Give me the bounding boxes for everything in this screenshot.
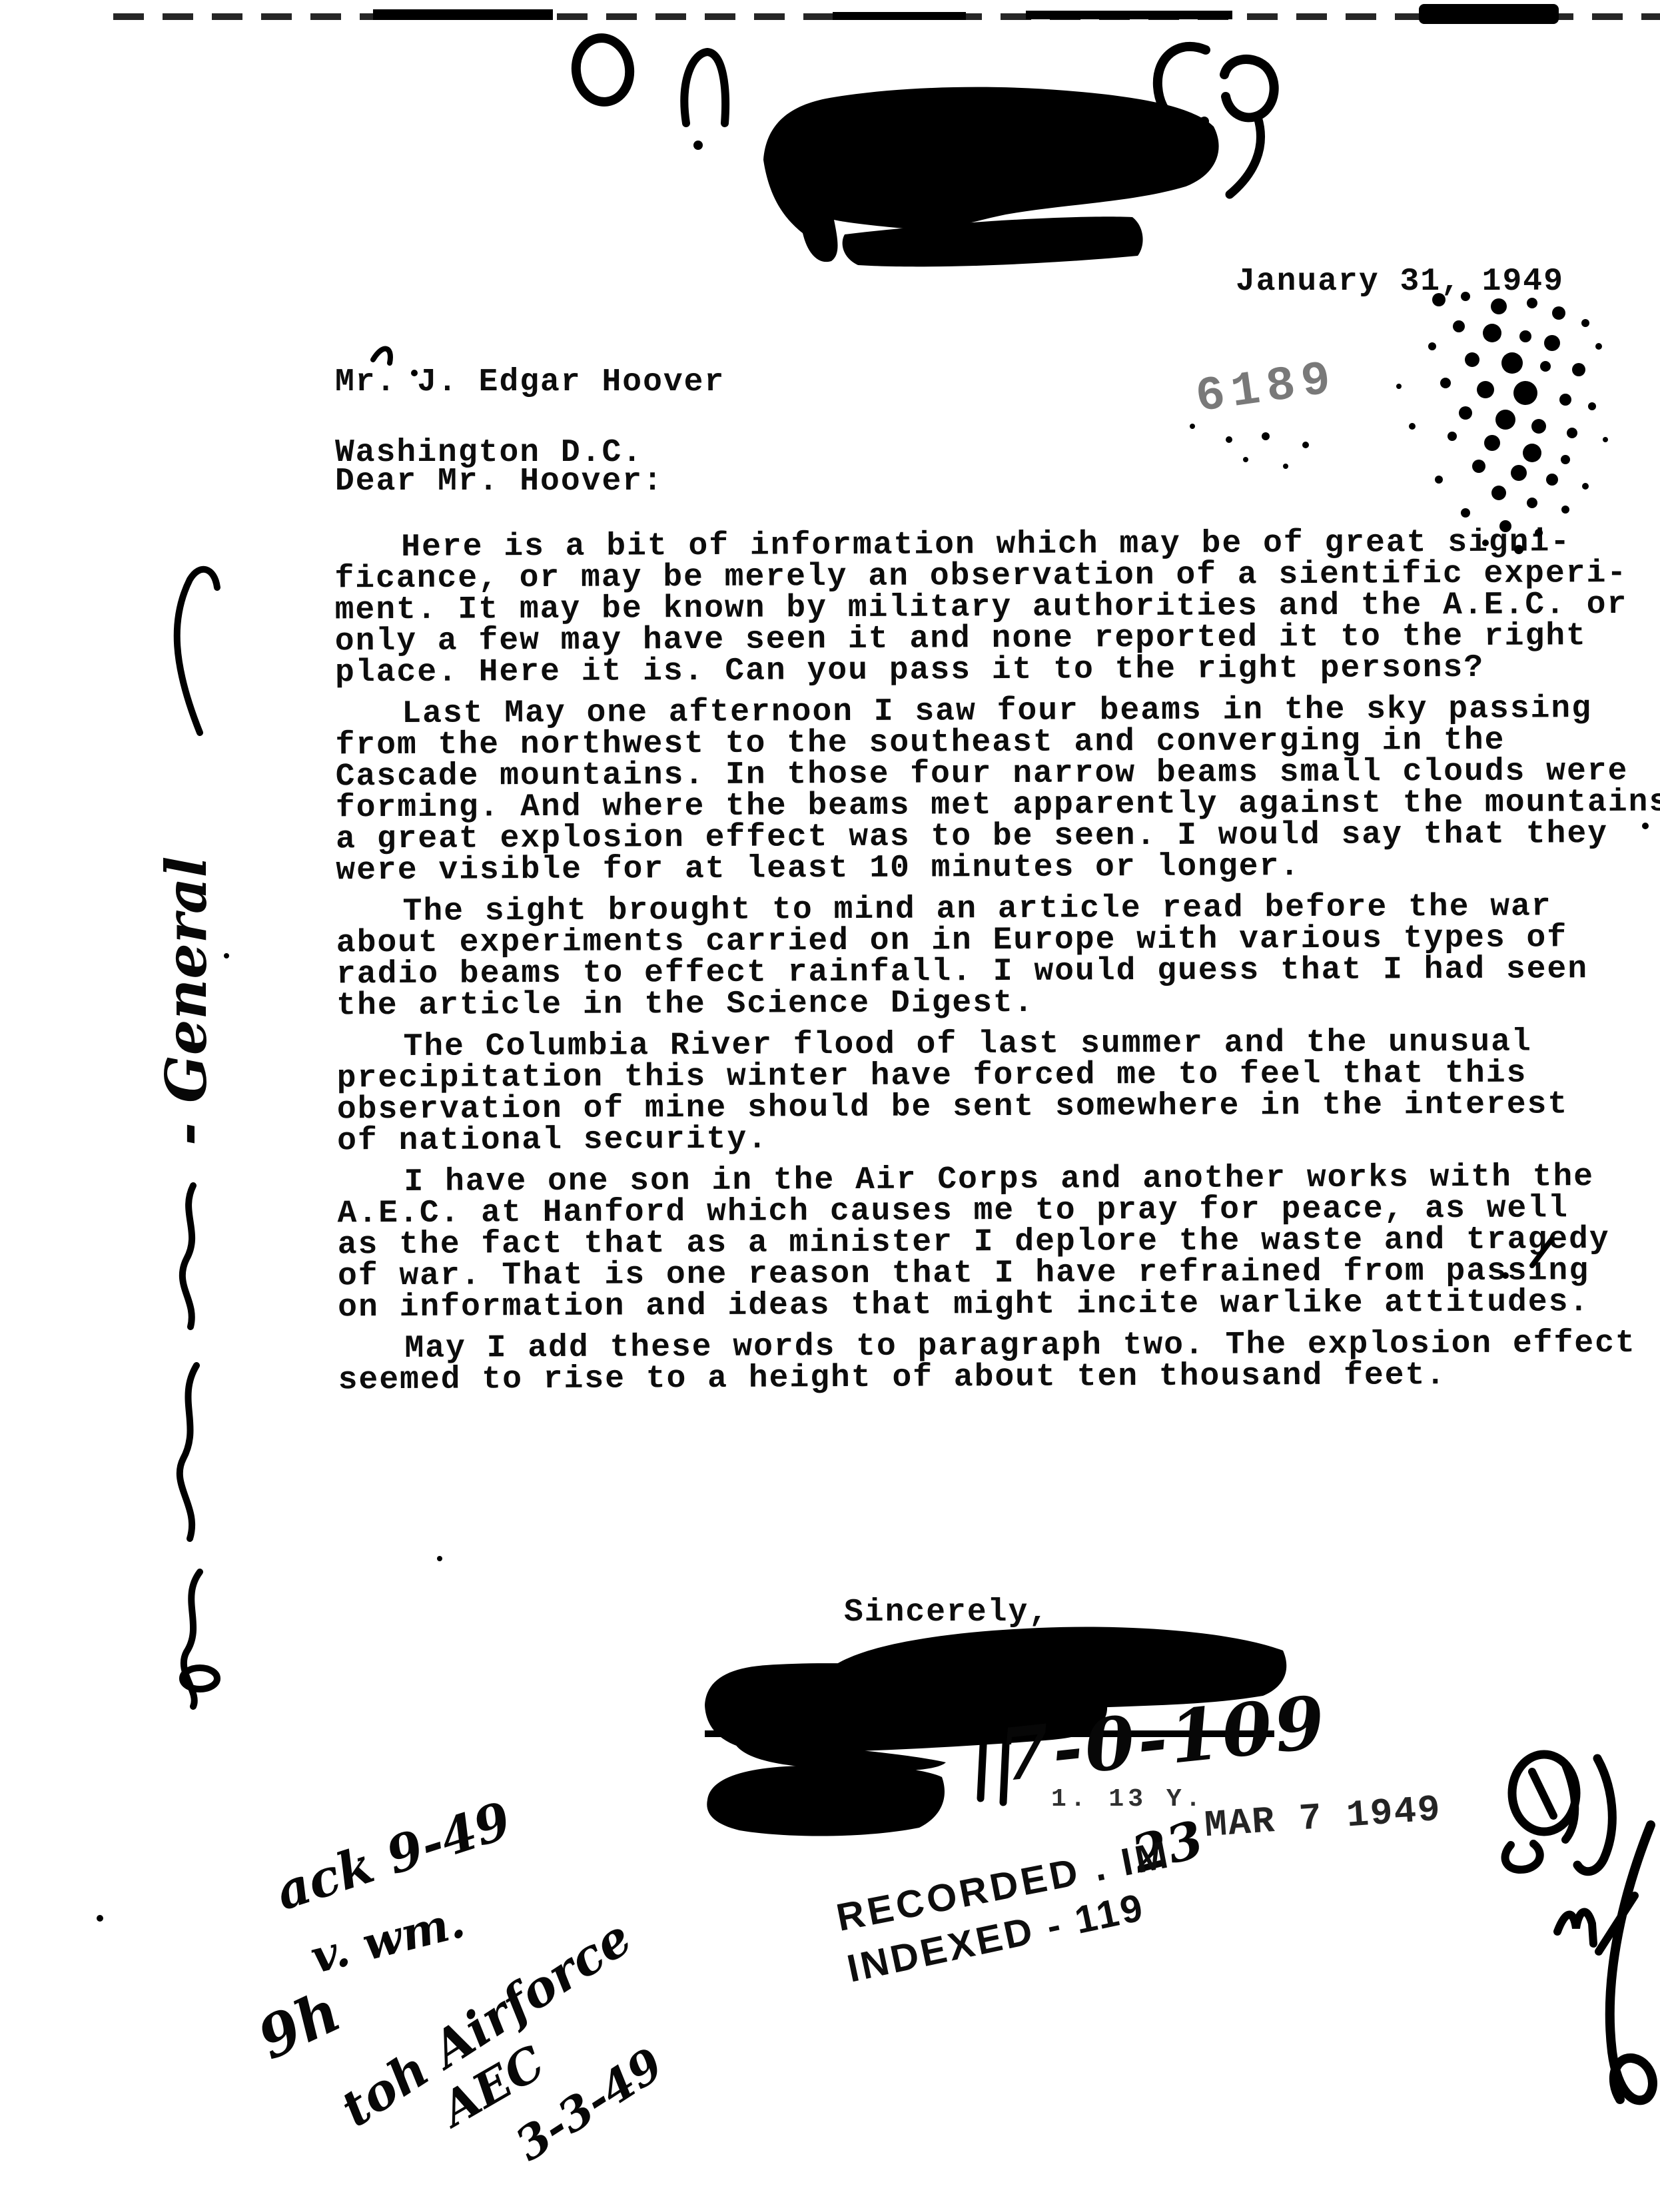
reviewer-initials-doodles: [1505, 1754, 1653, 2100]
redaction-signature-third: [707, 1765, 945, 1836]
pen-tail: [1230, 117, 1260, 194]
pen-circle-right: [1224, 59, 1274, 117]
pen-arc-left: [684, 52, 725, 123]
ink-smudge-stamp: [1190, 292, 1608, 554]
pen-dot: [693, 141, 703, 150]
pen-circle-left: [572, 35, 634, 105]
margin-note-vertical: - General: [153, 679, 219, 1146]
scanned-letter-page: January 31, 1949 6189 Mr. J. Edgar Hoove…: [0, 0, 1660, 2212]
ink-marks-overlay: [0, 0, 1660, 2212]
